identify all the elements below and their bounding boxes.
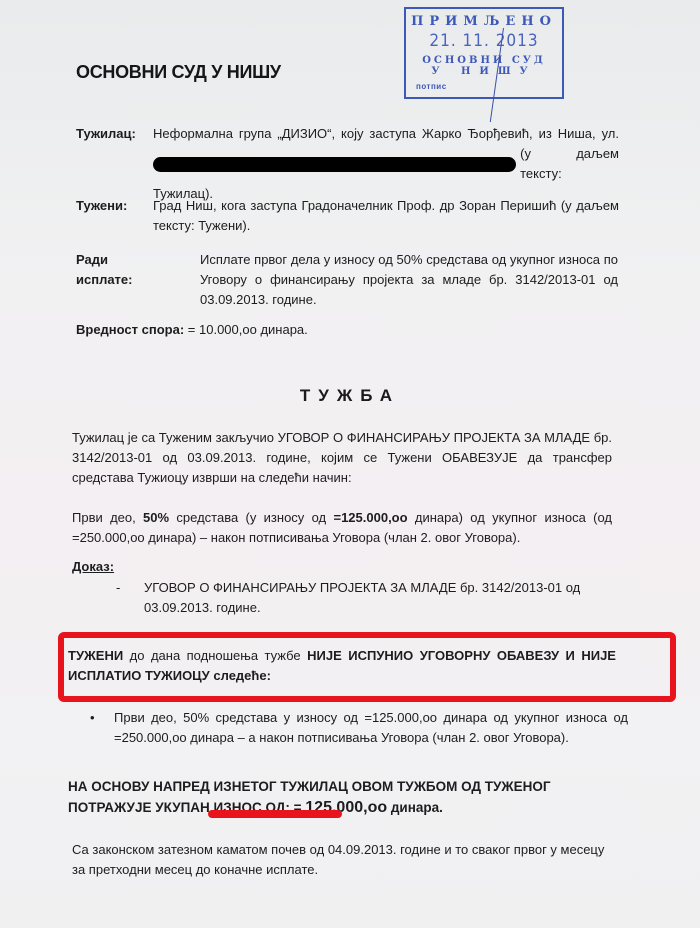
proof-item-text: УГОВОР О ФИНАНСИРАЊУ ПРОЈЕКТА ЗА МЛАДЕ б… xyxy=(144,578,614,618)
demand-currency: динара. xyxy=(387,800,443,815)
highlight-paragraph: ТУЖЕНИ до дана подношења тужбе НИЈЕ ИСПУ… xyxy=(68,646,616,686)
defendant-label: Тужени: xyxy=(76,196,127,216)
interest-paragraph: Са законском затезном каматом почев од 0… xyxy=(72,840,620,880)
plaintiff-line-1: Неформална група „ДИЗИО“, коју заступа Ж… xyxy=(153,124,619,144)
scanned-document-page: ОСНОВНИ СУД У НИШУ ПРИМЉЕНО 21. 11. 2013… xyxy=(0,0,700,928)
first-part-percent: 50% xyxy=(143,510,169,525)
first-part-paragraph: Први део, 50% средстава (у износу од =12… xyxy=(72,508,612,548)
plaintiff-label: Тужилац: xyxy=(76,124,136,144)
proof-label-line: Доказ: xyxy=(72,557,612,577)
demand-paragraph: НА ОСНОВУ НАПРЕД ИЗНЕТОГ ТУЖИЛАЦ ОВОМ ТУ… xyxy=(68,776,616,818)
bullet-dot: • xyxy=(90,708,95,728)
dash-bullet: - xyxy=(116,578,120,598)
stamp-received-label: ПРИМЉЕНО xyxy=(406,14,562,29)
reason-label: Ради исплате: xyxy=(76,250,132,290)
plaintiff-line-2: (у даљем тексту: xyxy=(520,144,619,184)
highlight-bold-defendant: ТУЖЕНИ xyxy=(68,648,123,663)
court-heading: ОСНОВНИ СУД У НИШУ xyxy=(76,62,281,83)
received-stamp: ПРИМЉЕНО 21. 11. 2013 ОСНОВНИ СУД У НИШУ… xyxy=(404,7,564,99)
highlight-bold-following: следеће: xyxy=(210,668,271,683)
stamp-signature-label: потпис xyxy=(416,82,447,91)
first-part-mid: средстава (у износу од xyxy=(169,510,333,525)
defendant-text: Град Ниш, кога заступа Градоначелник Про… xyxy=(153,196,619,236)
stamp-court-line2: У НИШУ xyxy=(406,66,562,77)
stamp-date: 21. 11. 2013 xyxy=(406,31,562,51)
first-part-prefix: Први део, xyxy=(72,510,143,525)
reason-text: Исплате првог дела у износу од 50% средс… xyxy=(200,250,618,310)
dispute-value: = 10.000,оо динара. xyxy=(188,322,308,337)
redacted-address xyxy=(153,157,516,172)
unpaid-item-text: Први део, 50% средстава у износу од =125… xyxy=(114,708,628,748)
first-part-amount: =125.000,оо xyxy=(333,510,407,525)
plaintiff-text: Неформална група „ДИЗИО“, коју заступа Ж… xyxy=(153,124,619,204)
amount-red-underline xyxy=(208,810,342,818)
proof-label: Доказ: xyxy=(72,559,114,574)
stamp-court-line1: ОСНОВНИ СУД xyxy=(406,55,562,66)
highlight-normal-text: до дана подношења тужбе xyxy=(123,648,307,663)
dispute-value-label: Вредност спора: xyxy=(76,322,184,337)
lawsuit-title: ТУЖБА xyxy=(0,386,700,406)
dispute-value-section: Вредност спора: = 10.000,оо динара. xyxy=(76,320,308,340)
intro-paragraph: Тужилац је са Туженим закључио УГОВОР О … xyxy=(72,428,612,488)
